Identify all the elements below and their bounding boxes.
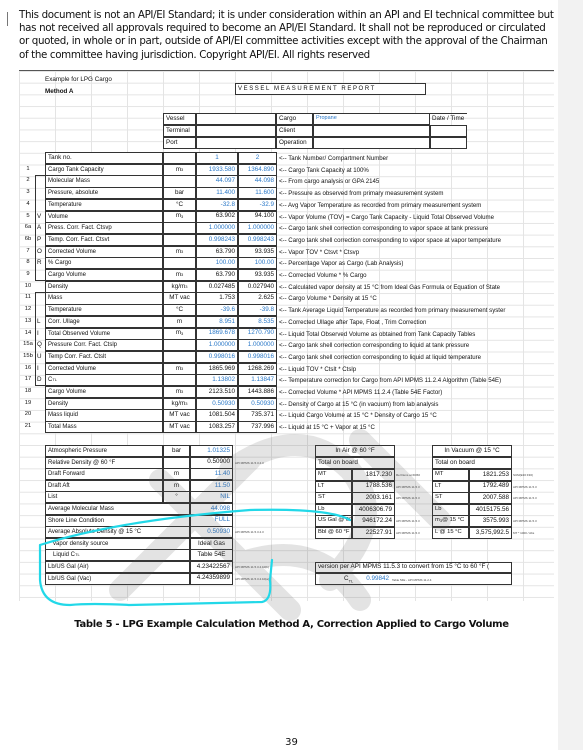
port-field[interactable] [196,137,276,149]
row-label: Pressure Corr. Fact. Ctslp [45,339,163,351]
in-vacuum-value: 1792.489 [469,481,512,493]
row-unit: °C [163,199,196,211]
in-vacuum-value: 3575.993 [469,515,512,527]
row-label: Corrected Volume [45,363,163,375]
row-unit: kg/m3 [163,398,196,410]
in-air-value: 1788.536 [352,481,395,493]
in-vacuum-unit-label: LT [432,481,469,493]
tank-1-value[interactable]: 8.951 [196,316,238,328]
row-note: <-- Avg Vapor Temperature as recorded fr… [279,202,481,209]
row-note: <-- Cargo tank shell correction correspo… [279,354,481,361]
client-label: Client [276,125,313,137]
tank-1-value: 63.790 [196,246,238,258]
in-vacuum-ref: API MPMS 11.5.3 [513,485,537,489]
row-number: 6b [20,237,36,243]
property-unit: ° [163,491,190,503]
tank-2-value[interactable]: 0.50930 [238,398,277,410]
tank-1-value: 1083.257 [196,421,238,433]
datetime-label: Date / Time [430,113,467,125]
property-label: Atmospheric Pressure [45,445,163,457]
row-number: 20 [20,412,36,418]
tank-2-value[interactable]: 1.000000 [238,222,277,234]
row-number: 5 [20,214,36,220]
in-air-ref: Rel Dens at 60/60 [396,473,420,477]
in-air-value: 4006306.79 [352,504,395,516]
in-air-unit-label: US Gal @ 60 °F [315,515,352,527]
cargo-field[interactable]: Propane [313,113,430,125]
row-number: 11 [20,295,36,301]
tank-2-value[interactable]: 8.535 [238,316,277,328]
property-value: 0.50900 [190,457,233,469]
tank-1-header: 1 [196,152,238,164]
datetime-field[interactable] [430,125,467,137]
in-air-value: 2003.161 [352,492,395,504]
row-note: <-- Cargo tank shell correction correspo… [279,225,488,232]
row-note: <-- Liquid TOV * Ctslt * Ctslp [279,366,356,373]
row-label: Cargo Tank Capacity [45,164,163,176]
tank-1-value: 1865.969 [196,363,238,375]
row-note: <-- Liquid Total Observed Volume as obta… [279,331,475,338]
page-number: 39 [0,737,583,748]
in-vacuum-ref: SUM(E30:F30) [513,473,533,477]
conversion-title: version per API MPMS 11.5.3 to convert f… [315,562,512,573]
row-label: Corr. Ullage [45,316,163,328]
row-note: <-- Vapor TOV * Ctsvt * Ctsvp [279,249,359,256]
row-note: <-- Cargo tank shell correction correspo… [279,342,469,349]
property-label: Shore Line Condition [45,515,190,527]
tank-2-value[interactable]: 1270.790 [238,328,277,340]
in-air-value: 22527.91 [352,527,395,539]
cargo-label: Cargo [276,113,313,125]
client-field[interactable] [313,125,430,137]
tank-2-value: 2.625 [238,292,277,304]
tank-2-value[interactable]: -32.9 [238,199,277,211]
in-air-ref: API MPMS 11.5.3 [396,496,420,500]
disclaimer-text: This document is not an API/EI Standard;… [19,9,554,62]
property-label: Relative Density @ 60 °F [45,457,163,469]
tank-2-value[interactable]: 100.00 [238,257,277,269]
row-number: 12 [20,307,36,313]
row-note: <-- Cargo Volume * Density at 15 °C [279,295,377,302]
row-label: Temperature [45,304,163,316]
property-ref: API MPMS 11.5.3.4.3 [235,530,264,534]
row-label: Density [45,398,163,410]
row-note: <-- Density of Cargo at 15 °C (in vacuum… [279,401,438,408]
row-unit: m3 [163,164,196,176]
in-air-unit-label: ST [315,492,352,504]
in-air-unit-label: Bbl @ 60 °F [315,527,352,539]
in-air-ref: API MPMS 11.5.3 [396,519,420,523]
row-number: 15a [20,342,36,348]
vapor-group-bracket [35,175,45,280]
tank-1-value[interactable]: 1.000000 [196,222,238,234]
table-caption: Table 5 - LPG Example Calculation Method… [0,619,583,630]
in-vacuum-unit-label: MT [432,469,469,481]
change-bar [7,12,8,26]
method-label: Method A [45,89,73,95]
in-vacuum-ref: MT * 1000 / Abs [513,531,534,535]
row-unit [163,175,196,187]
property-value[interactable]: 0.50930 [190,526,233,538]
row-unit: m3 [163,363,196,375]
in-air-unit-label: Lb [315,504,352,516]
property-label: Lb/US Gal (Air) [45,561,190,573]
tank-2-value[interactable]: 11.600 [238,187,277,199]
row-label: Total Observed Volume [45,328,163,340]
tank-1-value: 0.027485 [196,281,238,293]
in-air-ref: API MPMS 11.5.3 [396,485,420,489]
in-vacuum-value: 4015175.56 [469,504,512,516]
row-label: Molecular Mass [45,175,163,187]
row-number: 9 [20,272,36,278]
operation-label: Operation [276,137,313,149]
property-label: Draft Aft [45,480,163,492]
row-label: Cargo Volume [45,386,163,398]
tank-2-value[interactable]: 0.998016 [238,351,277,363]
row-label: Pressure, absolute [45,187,163,199]
in-vacuum-unit-label: ST [432,492,469,504]
property-value[interactable]: FULL [190,515,233,527]
row-note: <-- Percentage Vapor as Cargo (Lab Analy… [279,260,403,267]
terminal-label: Terminal [163,125,196,137]
row-unit [163,257,196,269]
tank-2-value: 93.935 [238,246,277,258]
row-note: <-- Calculated vapor density at 15 °C fr… [279,284,500,291]
in-vacuum-value: 2007.588 [469,492,512,504]
tank-2-value[interactable]: 1364.890 [238,164,277,176]
tank-2-value: 735.371 [238,409,277,421]
property-unit: bar [163,445,190,457]
tank-2-value: 0.027940 [238,281,277,293]
tank-2-value[interactable]: -39.8 [238,304,277,316]
row-unit: m3 [163,386,196,398]
conversion-ctl-label: CTL [344,576,353,583]
property-ref: API MPMS 11.5.3.4.10(a) [235,577,269,581]
row-number: 14 [20,331,36,337]
row-number: 7 [20,249,36,255]
in-air-subtitle: Total on board [315,457,395,469]
operation-field[interactable] [313,137,430,149]
property-value: Ideal Gas [190,538,233,550]
tank-2-value[interactable]: 0.998243 [238,234,277,246]
row-unit: m3 [163,269,196,281]
row-unit: kg/m3 [163,281,196,293]
property-value[interactable]: 1.01325 [190,445,233,457]
in-vacuum-ref: API MPMS 11.5.3 [513,496,537,500]
in-air-value: 1817.230 [352,469,395,481]
tank-1-value[interactable]: 1.13802 [196,374,238,386]
row-label: Total Mass [45,421,163,433]
in-vacuum-title: In Vacuum @ 15 °C [432,445,512,457]
tank-no-label: Tank no. [45,152,163,164]
in-air-unit-label: LT [315,481,352,493]
property-label: vapor density source [45,538,190,550]
tank-1-value[interactable]: 44.097 [196,175,238,187]
row-note: <-- Corrected Ullage after Tape, Float ,… [279,319,426,326]
row-label: CTL [45,374,163,386]
conversion-ref: Table 54E - API MPMS 11.2.4 [392,578,431,582]
row-number: 2 [20,178,36,184]
row-note: <-- Cargo Tank Capacity at 100% [279,167,369,174]
tank-1-value: 63.790 [196,269,238,281]
property-value: 4.23422567 [190,561,233,573]
row-note: <-- Corrected Volume * % Cargo [279,272,367,279]
row-number: 10 [20,284,36,290]
row-number: 17 [20,377,36,383]
row-label: Press. Corr. Fact. Ctsvp [45,222,163,234]
row-label: Corrected Volume [45,246,163,258]
property-value: Table 54E [190,549,233,561]
property-label: Average Absolute Density @ 15 °C [45,526,190,538]
property-value: 4.24359899 [190,573,233,585]
in-vacuum-unit-label: m3 @ 15 °C [432,515,469,527]
row-label: Density [45,281,163,293]
property-unit: m [163,480,190,492]
vessel-label: Vessel [163,113,196,125]
in-air-title: In Air @ 60 °F [315,445,395,457]
row-unit: °C [163,304,196,316]
row-note: <-- Temperature correction for Cargo fro… [279,377,501,384]
row-unit [163,374,196,386]
row-unit [163,351,196,363]
property-value[interactable]: 11.40 [190,468,233,480]
row-number: 15b [20,354,36,360]
row-label: Temp. Corr. Fact. Ctsvt [45,234,163,246]
row-unit [163,339,196,351]
datetime-field[interactable] [430,137,467,149]
row-unit: m [163,316,196,328]
tank-2-value: 1268.269 [238,363,277,375]
in-vacuum-unit-label: Lb [432,504,469,516]
row-unit: m3 [163,246,196,258]
in-air-unit-label: MT [315,469,352,481]
row-note: <-- Cargo tank shell correction correspo… [279,237,501,244]
tank-1-value[interactable]: -32.8 [196,199,238,211]
tank-1-value[interactable]: 1933.580 [196,164,238,176]
tank-2-header: 2 [238,152,277,164]
in-vacuum-value: 1821.253 [469,469,512,481]
tank-2-value[interactable]: 44.098 [238,175,277,187]
row-unit: bar [163,187,196,199]
row-note: <-- Tank Average Liquid Temperature as r… [279,307,505,314]
port-label: Port [163,137,196,149]
property-value[interactable]: 11.50 [190,480,233,492]
row-note: <-- Pressure as observed from primary me… [279,190,443,197]
property-unit [163,457,190,469]
tank-1-value[interactable]: 0.998016 [196,351,238,363]
in-vacuum-ref: API MPMS 11.5.3 [513,519,537,523]
row-note: <-- Liquid Cargo Volume at 15 °C * Densi… [279,412,437,419]
tank-2-value[interactable]: 1.13847 [238,374,277,386]
tank-1-value[interactable]: 11.400 [196,187,238,199]
tank-no-unit [163,152,196,164]
property-unit: m [163,468,190,480]
row-number: 6a [20,225,36,231]
row-number: 18 [20,389,36,395]
tank-1-value: 63.902 [196,211,238,223]
in-vacuum-subtitle: Total on board [432,457,512,469]
row-label: Volume [45,211,163,223]
in-vacuum-value: 3,575,992.5 [469,527,512,539]
row-unit: m3 [163,211,196,223]
conversion-ctl-value[interactable]: 0.99842 [355,576,389,582]
in-vacuum-unit-label: L @ 15 °C [432,527,469,539]
tank-1-value: 2123.510 [196,386,238,398]
tank-1-value[interactable]: 1869.678 [196,328,238,340]
tank-no-note: <-- Tank Number/ Compartment Number [279,155,388,162]
tank-1-value[interactable]: 0.50930 [196,398,238,410]
property-label: Draft Forward [45,468,163,480]
row-label: Temp Corr. Fact. Ctslt [45,351,163,363]
row-label: Mass liquid [45,409,163,421]
property-ref: API MPMS 11.5.3.4.3 [235,461,264,465]
row-note: <-- Liquid at 15 °C + Vapor at 15 °C [279,424,375,431]
property-ref: API MPMS 11.5.3.4.10(b) [235,565,269,569]
row-unit: m3 [163,328,196,340]
tank-1-value[interactable]: 0.998243 [196,234,238,246]
tank-2-value[interactable]: 1.000000 [238,339,277,351]
tank-1-value[interactable]: -39.6 [196,304,238,316]
in-air-value: 946172.24 [352,515,395,527]
property-label: Liquid CTL [45,549,190,561]
tank-1-value: 1.753 [196,292,238,304]
row-number: 8 [20,260,36,266]
row-label: % Cargo [45,257,163,269]
row-number: 1 [20,167,36,173]
row-number: 4 [20,202,36,208]
tank-2-value: 93.935 [238,269,277,281]
property-label: Lb/US Gal (Vac) [45,573,190,585]
property-value[interactable]: 44.098 [190,503,233,515]
row-unit [163,234,196,246]
row-number: 16 [20,366,36,372]
row-label: Temperature [45,199,163,211]
row-label: Mass [45,292,163,304]
row-note: <-- From cargo analysis or GPA 2145 [279,178,379,185]
row-number: 19 [20,401,36,407]
row-unit: MT vac [163,292,196,304]
tank-1-value[interactable]: 1.000000 [196,339,238,351]
property-label: Average Molecular Mass [45,503,190,515]
in-air-ref: API MPMS 11.5.3 [396,531,420,535]
property-value[interactable]: NIL [190,491,233,503]
vessel-field[interactable] [196,113,276,125]
row-number: 21 [20,424,36,430]
row-unit [163,222,196,234]
property-label: List [45,491,163,503]
tank-1-value[interactable]: 100.00 [196,257,238,269]
row-label: Cargo Volume [45,269,163,281]
example-title: Example for LPG Cargo [45,77,112,83]
row-note: <-- Vapor Volume (TOV) = Cargo Tank Capa… [279,214,494,221]
row-note: <-- Corrected Volume * API MPMS 11.2.4 (… [279,389,442,396]
tank-2-value: 737.996 [238,421,277,433]
terminal-field[interactable] [196,125,276,137]
row-unit: MT vac [163,409,196,421]
liquid-group-bracket [35,292,45,386]
row-number: 3 [20,190,36,196]
page-gutter [558,0,583,750]
row-number: 13 [20,319,36,325]
row-unit: MT vac [163,421,196,433]
tank-2-value: 94.100 [238,211,277,223]
tank-2-value: 1443.886 [238,386,277,398]
report-title: VESSEL MEASUREMENT REPORT [235,83,426,95]
tank-1-value: 1081.504 [196,409,238,421]
